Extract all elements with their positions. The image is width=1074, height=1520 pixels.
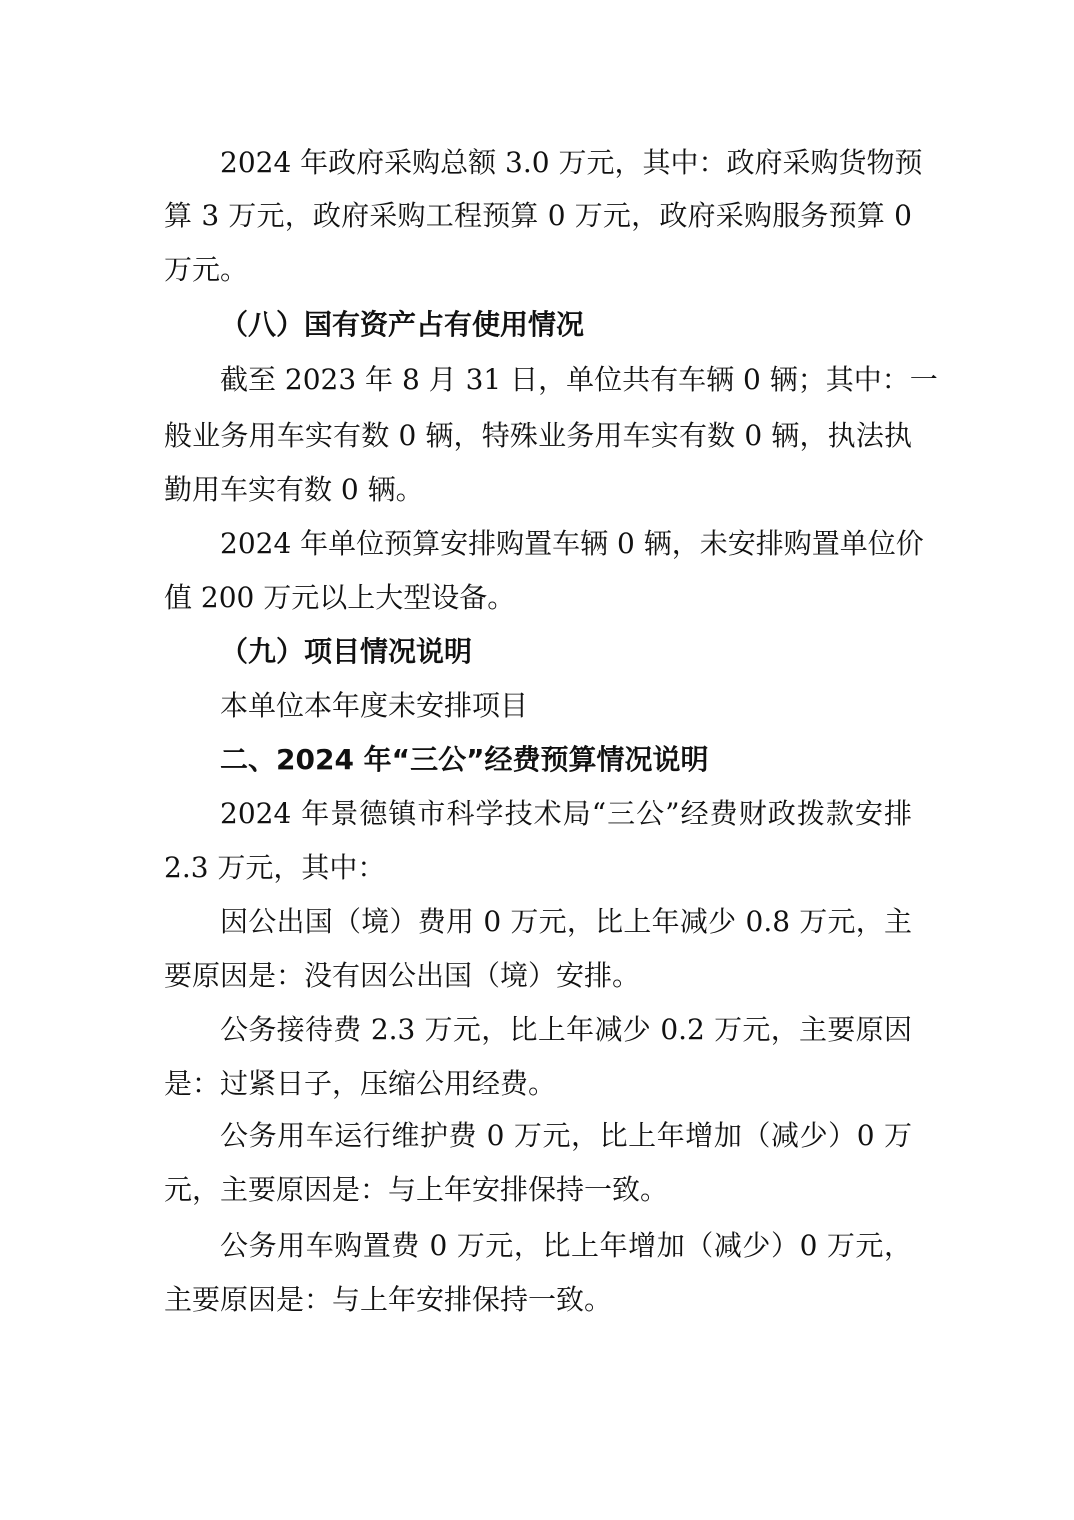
document-page: 2024 年政府采购总额 3.0 万元，其中：政府采购货物预 算 3 万元，政府… [0,0,1074,1520]
paragraph-line: 本单位本年度未安排项目 [220,686,912,726]
paragraph-line: 算 3 万元，政府采购工程预算 0 万元，政府采购服务预算 0 [164,196,912,236]
paragraph-line: 要原因是：没有因公出国（境）安排。 [164,956,912,996]
paragraph-line: 勤用车实有数 0 辆。 [164,470,912,510]
paragraph-line: 值 200 万元以上大型设备。 [164,578,912,618]
paragraph-line: 截至 2023 年 8 月 31 日，单位共有车辆 0 辆；其中：一 [220,360,912,400]
paragraph-line: 公务用车购置费 0 万元，比上年增加（减少）0 万元， [220,1226,912,1266]
paragraph-line: 主要原因是：与上年安排保持一致。 [164,1280,912,1320]
paragraph-line: 公务接待费 2.3 万元，比上年减少 0.2 万元，主要原因 [220,1010,912,1050]
paragraph-line: 公务用车运行维护费 0 万元，比上年增加（减少）0 万 [220,1116,912,1156]
paragraph-line: 2024 年单位预算安排购置车辆 0 辆，未安排购置单位价 [220,524,912,564]
section-heading-three-public-expenses: 二、2024 年“三公”经费预算情况说明 [220,740,912,780]
section-heading-projects: （九）项目情况说明 [220,632,912,672]
paragraph-line: 是：过紧日子，压缩公用经费。 [164,1064,912,1104]
paragraph-line: 2024 年景德镇市科学技术局“三公”经费财政拨款安排 [220,794,912,834]
paragraph-line: 2024 年政府采购总额 3.0 万元，其中：政府采购货物预 [220,143,912,183]
section-heading-state-assets: （八）国有资产占有使用情况 [220,305,912,345]
paragraph-line: 2.3 万元，其中： [164,848,912,888]
paragraph-line: 元，主要原因是：与上年安排保持一致。 [164,1170,912,1210]
paragraph-line: 万元。 [164,250,912,290]
paragraph-line: 因公出国（境）费用 0 万元，比上年减少 0.8 万元，主 [220,902,912,942]
paragraph-line: 般业务用车实有数 0 辆，特殊业务用车实有数 0 辆，执法执 [164,416,912,456]
